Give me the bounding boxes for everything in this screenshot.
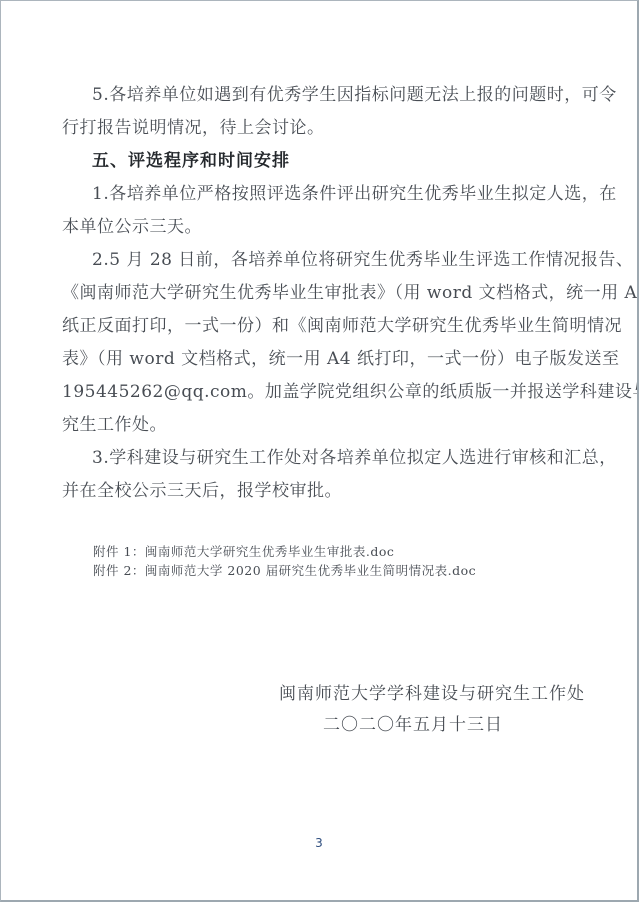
paragraph-line: 3.学科建设与研究生工作处对各培养单位拟定人选进行审核和汇总， — [62, 442, 581, 475]
attachment-line: 附件 2：闽南师范大学 2020 届研究生优秀毕业生简明情况表.doc — [93, 561, 476, 580]
attachment-line: 附件 1：闽南师范大学研究生优秀毕业生审批表.doc — [93, 542, 476, 561]
paragraph-line: 并在全校公示三天后，报学校审批。 — [62, 475, 581, 508]
paragraph-line: 2.5 月 28 日前，各培养单位将研究生优秀毕业生评选工作情况报告、 — [62, 244, 581, 277]
paragraph-line: 纸正反面打印，一式一份）和《闽南师范大学研究生优秀毕业生简明情况 — [62, 310, 581, 343]
paragraph-line: 《闽南师范大学研究生优秀毕业生审批表》（用 word 文档格式，统一用 A4 — [62, 277, 581, 310]
attachments-list: 附件 1：闽南师范大学研究生优秀毕业生审批表.doc 附件 2：闽南师范大学 2… — [93, 542, 476, 580]
paragraph-line: 1.各培养单位严格按照评选条件评出研究生优秀毕业生拟定人选，在 — [62, 178, 581, 211]
document-body: 5.各培养单位如遇到有优秀学生因指标问题无法上报的问题时，可令 行打报告说明情况… — [62, 79, 581, 508]
paragraph-line: 本单位公示三天。 — [62, 211, 581, 244]
paragraph-line: 表》（用 word 文档格式，统一用 A4 纸打印，一式一份）电子版发送至 — [62, 343, 581, 376]
paragraph-line: 5.各培养单位如遇到有优秀学生因指标问题无法上报的问题时，可令 — [62, 79, 581, 112]
page-number: 3 — [1, 835, 637, 851]
signature-date: 二〇二〇年五月十三日 — [323, 714, 503, 736]
paragraph-line: 究生工作处。 — [62, 409, 581, 442]
signature-department: 闽南师范大学学科建设与研究生工作处 — [279, 683, 585, 705]
paragraph-line: 行打报告说明情况，待上会讨论。 — [62, 112, 581, 145]
section-heading: 五、评选程序和时间安排 — [62, 145, 581, 178]
document-page: 5.各培养单位如遇到有优秀学生因指标问题无法上报的问题时，可令 行打报告说明情况… — [0, 0, 639, 902]
paragraph-line: 195445262@qq.com。加盖学院党组织公章的纸质版一并报送学科建设与研 — [62, 376, 581, 409]
